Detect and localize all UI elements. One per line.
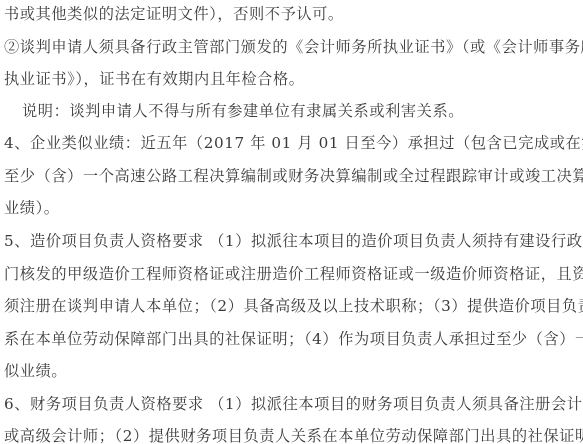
text-line: 似业绩。	[4, 355, 67, 387]
text-line: 执业证书》），证书在有效期内且年检合格。	[4, 63, 305, 95]
text-line: 至少（含）一个高速公路工程决算编制或财务决算编制或全过程跟踪审计或竣工决算审计的	[4, 160, 583, 192]
text-line: 门核发的甲级造价工程师资格证或注册造价工程师资格证或一级造价师资格证，且资格证书	[4, 258, 583, 290]
text-line: 或高级会计师；（2）提供财务项目负责人关系在本单位劳动保障部门出具的社保证明；（…	[4, 420, 583, 444]
text-line: ②谈判申请人须具备行政主管部门颁发的《会计师务所执业证书》（或《会计师事务所分所	[4, 31, 583, 63]
note-line: 说明：谈判申请人不得与所有参建单位有隶属关系或利害关系。	[22, 95, 464, 127]
text-line: 须注册在谈判申请人本单位；（2）具备高级及以上技术职称；（3）提供造价项目负责人…	[4, 290, 583, 322]
text-line: 5、造价项目负责人资格要求 （1）拟派往本项目的造价项目负责人须持有建设行政主管…	[4, 225, 583, 257]
text-line: 业绩）。	[4, 192, 60, 224]
text-line: 4、企业类似业绩：近五年（2017 年 01 月 01 日至今）承担过（包含已完…	[4, 127, 583, 159]
text-line: 6、财务项目负责人资格要求 （1）拟派往本项目的财务项目负责人须具备注册会计师资…	[4, 388, 583, 420]
text-line: 系在本单位劳动保障部门出具的社保证明；（4）作为项目负责人承担过至少（含）一项类	[4, 323, 583, 355]
text-line: 书或其他类似的法定证明文件），否则不予认可。	[4, 0, 344, 30]
